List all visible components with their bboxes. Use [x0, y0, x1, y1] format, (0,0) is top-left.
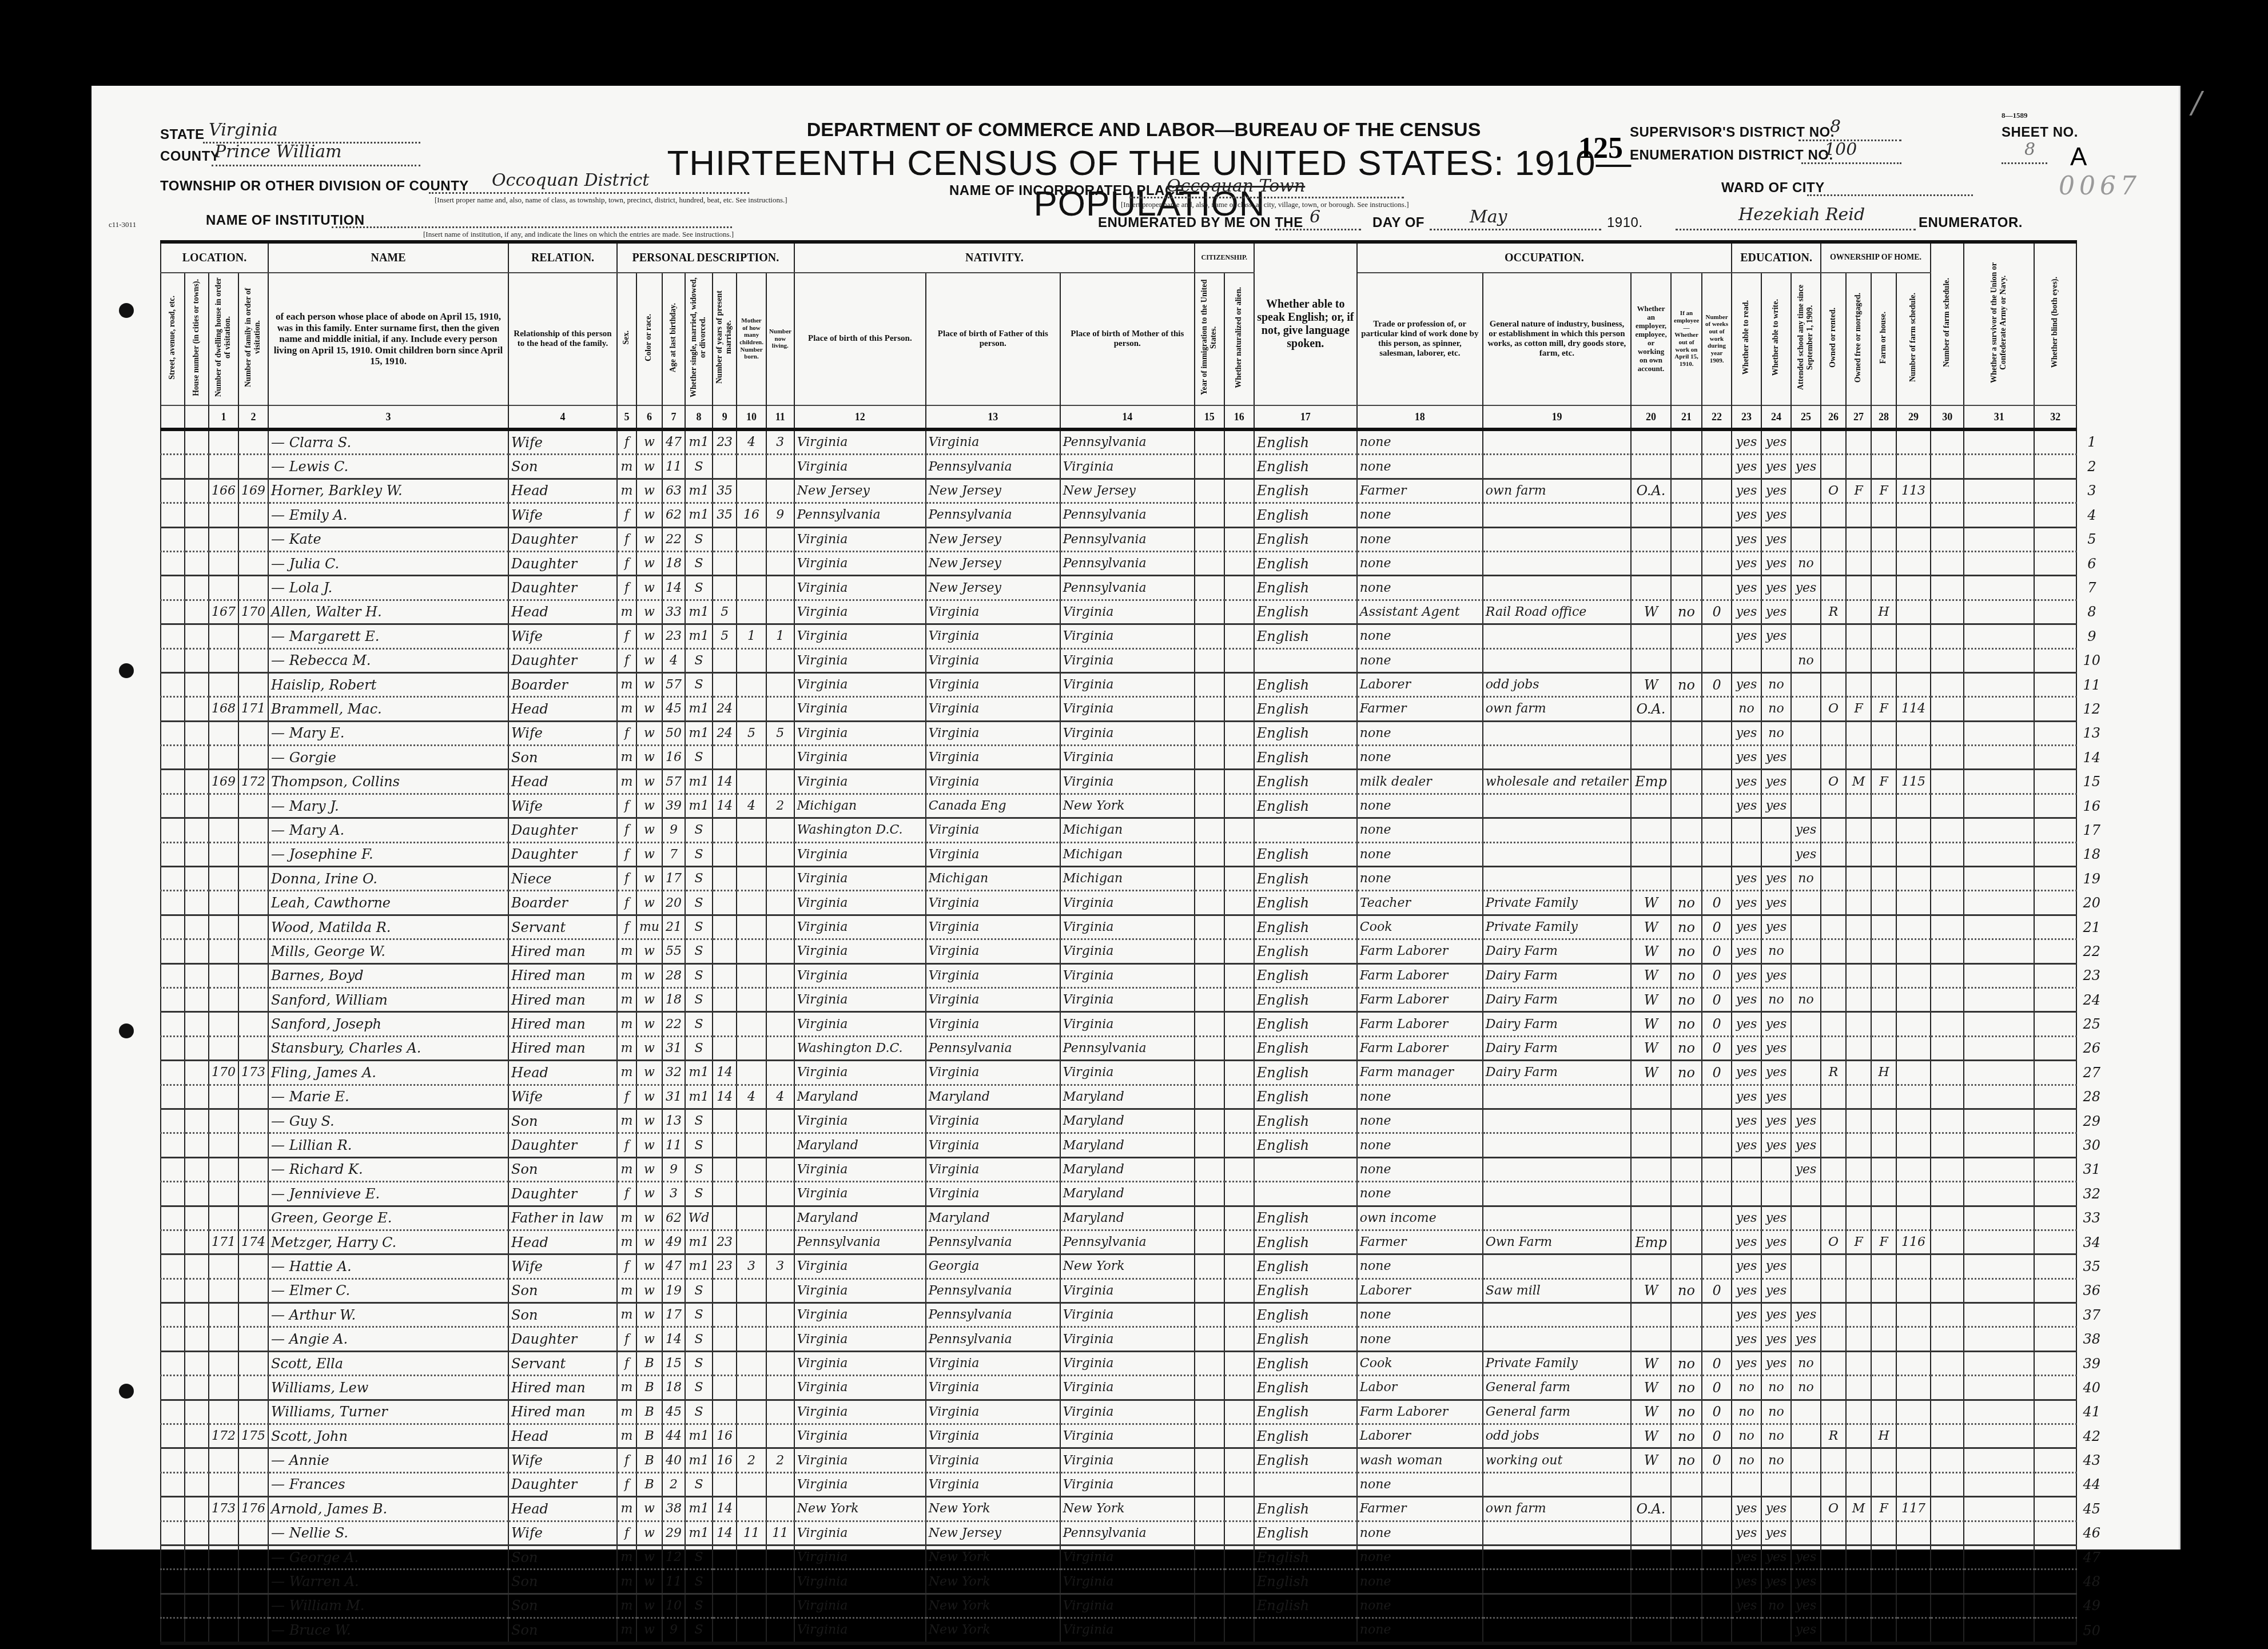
eng-cell: English	[1254, 915, 1357, 939]
emp-cell	[1631, 746, 1671, 770]
table-row: — Julia C.Daughterfw18SVirginiaNew Jerse…	[161, 551, 2106, 575]
birthplace-cell: Virginia	[794, 1351, 926, 1375]
relation-cell: Boarder	[508, 672, 617, 696]
yoi-cell	[1195, 672, 1224, 696]
house-cell	[185, 1472, 209, 1496]
wks-cell: 0	[1702, 1278, 1732, 1303]
deaf-cell	[2034, 818, 2076, 842]
race-cell: w	[636, 1521, 662, 1545]
person-name-cell: — Emily A.	[268, 503, 508, 527]
line-number-cell: 31	[2076, 1157, 2106, 1181]
house-cell	[185, 624, 209, 648]
col-number: 30	[1931, 405, 1964, 429]
sched-cell: 113	[1896, 479, 1931, 503]
sex-cell: f	[617, 1182, 636, 1206]
industry-cell	[1483, 551, 1631, 575]
vet-cell	[1931, 818, 1964, 842]
born-cell: 3	[737, 1254, 766, 1278]
supervisor-district: 8	[1830, 117, 1841, 137]
dw-cell	[209, 1278, 238, 1303]
sch-cell	[1791, 527, 1821, 551]
yrs-cell: 23	[713, 1230, 737, 1254]
table-row: Wood, Matilda R.Servantfmu21SVirginiaVir…	[161, 915, 2106, 939]
ms-cell: S	[685, 1376, 713, 1400]
farm-cell	[1871, 1400, 1896, 1424]
father-birthplace-cell: New York	[926, 1570, 1060, 1594]
yrs-cell: 24	[713, 721, 737, 745]
house-cell	[185, 1109, 209, 1133]
industry-cell	[1483, 1618, 1631, 1643]
sex-cell: m	[617, 1061, 636, 1085]
table-row: — Richard K.Sonmw9SVirginiaVirginiaMaryl…	[161, 1157, 2106, 1181]
write-cell: yes	[1761, 1570, 1791, 1594]
dw-cell	[209, 624, 238, 648]
dw-cell	[209, 576, 238, 600]
col-10-header: Mother of how many children. Number born…	[737, 273, 766, 405]
relation-cell: Wife	[508, 624, 617, 648]
wks-cell	[1702, 479, 1732, 503]
industry-cell	[1483, 1085, 1631, 1109]
vet-cell	[1931, 1036, 1964, 1060]
blind-cell	[1964, 867, 2034, 891]
vet-cell	[1931, 915, 1964, 939]
own-cell: O	[1821, 770, 1846, 794]
oow-cell: no	[1671, 987, 1702, 1011]
table-row: Stansbury, Charles A.Hired manmw31SWashi…	[161, 1036, 2106, 1060]
father-birthplace-cell: Virginia	[926, 600, 1060, 624]
col-15-header: Year of immigration to the United States…	[1200, 274, 1219, 400]
table-row: Scott, EllaServantfB15SVirginiaVirginiaV…	[161, 1351, 2106, 1375]
occupation-cell: own income	[1357, 1206, 1483, 1230]
occupation-cell: none	[1357, 1327, 1483, 1351]
relation-cell: Son	[508, 1278, 617, 1303]
born-cell	[737, 1061, 766, 1085]
age-cell: 4	[662, 648, 685, 672]
fam-cell	[238, 672, 268, 696]
vet-cell	[1931, 842, 1964, 866]
oow-cell	[1671, 794, 1702, 818]
eng-cell: English	[1254, 455, 1357, 479]
wks-cell: 0	[1702, 1424, 1732, 1448]
farm-cell	[1871, 527, 1896, 551]
nat-cell	[1224, 429, 1254, 455]
occupation-cell: Farm Laborer	[1357, 1012, 1483, 1036]
sex-cell: m	[617, 1012, 636, 1036]
occupation-cell: none	[1357, 455, 1483, 479]
fam-cell	[238, 963, 268, 987]
write-cell: yes	[1761, 429, 1791, 455]
fam-cell	[238, 576, 268, 600]
mother-birthplace-cell: Virginia	[1060, 1012, 1195, 1036]
oow-cell	[1671, 1472, 1702, 1496]
living-cell: 2	[766, 1448, 794, 1472]
col-number: 1	[209, 405, 238, 429]
yrs-cell: 5	[713, 624, 737, 648]
father-birthplace-cell: New York	[926, 1594, 1060, 1618]
township-value: Occoquan District	[492, 170, 649, 190]
eng-cell: English	[1254, 1061, 1357, 1085]
relation-cell: Son	[508, 1303, 617, 1327]
table-row: — Lillian R.Daughterfw11SMarylandVirgini…	[161, 1133, 2106, 1157]
eng-cell: English	[1254, 1133, 1357, 1157]
father-birthplace-cell: New York	[926, 1618, 1060, 1643]
nat-cell	[1224, 1254, 1254, 1278]
eng-cell: English	[1254, 600, 1357, 624]
born-cell	[737, 551, 766, 575]
mother-birthplace-cell: Maryland	[1060, 1182, 1195, 1206]
ms-cell: S	[685, 551, 713, 575]
yoi-cell	[1195, 818, 1224, 842]
mother-birthplace-cell: Virginia	[1060, 1376, 1195, 1400]
wks-cell: 0	[1702, 1376, 1732, 1400]
sched-cell	[1896, 1594, 1931, 1618]
born-cell: 4	[737, 794, 766, 818]
eng-cell: English	[1254, 1327, 1357, 1351]
industry-cell: Dairy Farm	[1483, 1036, 1631, 1060]
born-cell	[737, 987, 766, 1011]
person-name-cell: — Hattie A.	[268, 1254, 508, 1278]
eng-cell: English	[1254, 576, 1357, 600]
deaf-cell	[2034, 1521, 2076, 1545]
sched-cell	[1896, 915, 1931, 939]
birthplace-cell: Virginia	[794, 576, 926, 600]
read-cell: yes	[1732, 1521, 1761, 1545]
street-cell	[161, 1376, 185, 1400]
eng-cell: English	[1254, 721, 1357, 745]
read-cell	[1732, 648, 1761, 672]
occupation-cell: milk dealer	[1357, 770, 1483, 794]
sch-cell	[1791, 963, 1821, 987]
dw-cell: 170	[209, 1061, 238, 1085]
own-cell	[1821, 1472, 1846, 1496]
age-cell: 18	[662, 1376, 685, 1400]
deaf-cell	[2034, 429, 2076, 455]
census-table: LOCATION. NAME RELATION. PERSONAL DESCRI…	[160, 240, 2106, 1645]
nat-cell	[1224, 1085, 1254, 1109]
emp-cell: W	[1631, 600, 1671, 624]
township-label: TOWNSHIP OR OTHER DIVISION OF COUNTY	[160, 178, 469, 194]
occupation-cell: Farmer	[1357, 1497, 1483, 1521]
occupation-cell: none	[1357, 867, 1483, 891]
write-cell: yes	[1761, 1036, 1791, 1060]
sch-cell	[1791, 624, 1821, 648]
age-cell: 40	[662, 1448, 685, 1472]
father-birthplace-cell: Georgia	[926, 1254, 1060, 1278]
line-number-cell: 37	[2076, 1303, 2106, 1327]
sheet-side: A	[2070, 143, 2087, 172]
race-cell: w	[636, 1182, 662, 1206]
yrs-cell	[713, 891, 737, 915]
nat-cell	[1224, 915, 1254, 939]
house-cell	[185, 1230, 209, 1254]
col-number: 16	[1224, 405, 1254, 429]
father-birthplace-cell: Virginia	[926, 1109, 1060, 1133]
fam-cell	[238, 1206, 268, 1230]
emp-cell	[1631, 842, 1671, 866]
fam-cell	[238, 1618, 268, 1643]
wks-cell	[1702, 1618, 1732, 1643]
yoi-cell	[1195, 429, 1224, 455]
fam-cell	[238, 1278, 268, 1303]
mother-birthplace-cell: Virginia	[1060, 721, 1195, 745]
father-birthplace-cell: New Jersey	[926, 551, 1060, 575]
sex-cell: m	[617, 1570, 636, 1594]
sch-cell	[1791, 1521, 1821, 1545]
born-cell	[737, 455, 766, 479]
sex-cell: m	[617, 455, 636, 479]
own-cell	[1821, 1594, 1846, 1618]
emp-cell	[1631, 1254, 1671, 1278]
birthplace-cell: New Jersey	[794, 479, 926, 503]
relation-cell: Hired man	[508, 1012, 617, 1036]
street-cell	[161, 1133, 185, 1157]
ms-cell: S	[685, 455, 713, 479]
street-cell	[161, 1472, 185, 1496]
sch-cell: yes	[1791, 1570, 1821, 1594]
age-cell: 7	[662, 842, 685, 866]
birthplace-cell: Virginia	[794, 1157, 926, 1181]
section-personal: PERSONAL DESCRIPTION.	[617, 242, 794, 273]
write-cell: no	[1761, 721, 1791, 745]
own-cell: R	[1821, 1061, 1846, 1085]
race-cell: w	[636, 624, 662, 648]
birthplace-cell: Washington D.C.	[794, 1036, 926, 1060]
wks-cell	[1702, 1570, 1732, 1594]
yrs-cell	[713, 1545, 737, 1569]
sch-cell: yes	[1791, 842, 1821, 866]
oow-cell: no	[1671, 1061, 1702, 1085]
sex-cell: m	[617, 1594, 636, 1618]
deaf-cell	[2034, 1109, 2076, 1133]
person-name-cell: Scott, John	[268, 1424, 508, 1448]
emp-cell	[1631, 1327, 1671, 1351]
fam-cell	[238, 1400, 268, 1424]
fam-cell	[238, 1109, 268, 1133]
free-cell	[1846, 1545, 1871, 1569]
relation-cell: Daughter	[508, 1133, 617, 1157]
col-number: 27	[1846, 405, 1871, 429]
line-number-cell: 28	[2076, 1085, 2106, 1109]
industry-cell	[1483, 867, 1631, 891]
race-cell: w	[636, 770, 662, 794]
yoi-cell	[1195, 527, 1224, 551]
nat-cell	[1224, 721, 1254, 745]
vet-cell	[1931, 576, 1964, 600]
vet-cell	[1931, 1254, 1964, 1278]
race-cell: B	[636, 1448, 662, 1472]
yrs-cell	[713, 1472, 737, 1496]
sched-cell	[1896, 527, 1931, 551]
section-location: LOCATION.	[161, 242, 268, 273]
industry-cell	[1483, 503, 1631, 527]
born-cell	[737, 842, 766, 866]
father-birthplace-cell: Virginia	[926, 1376, 1060, 1400]
ms-cell: S	[685, 1327, 713, 1351]
nat-cell	[1224, 1303, 1254, 1327]
deaf-cell	[2034, 697, 2076, 721]
own-cell	[1821, 1618, 1846, 1643]
occupation-cell: Farm Laborer	[1357, 939, 1483, 963]
house-cell	[185, 648, 209, 672]
occupation-cell: wash woman	[1357, 1448, 1483, 1472]
read-cell: yes	[1732, 746, 1761, 770]
mother-birthplace-cell: Pennsylvania	[1060, 429, 1195, 455]
free-cell	[1846, 1472, 1871, 1496]
industry-cell: own farm	[1483, 479, 1631, 503]
ms-cell: S	[685, 1182, 713, 1206]
house-cell	[185, 867, 209, 891]
house-cell	[185, 1327, 209, 1351]
yrs-cell: 14	[713, 1497, 737, 1521]
blind-cell	[1964, 721, 2034, 745]
eng-cell: English	[1254, 672, 1357, 696]
street-cell	[161, 1278, 185, 1303]
street-cell	[161, 891, 185, 915]
house-cell	[185, 503, 209, 527]
sex-cell: f	[617, 1085, 636, 1109]
person-name-cell: Stansbury, Charles A.	[268, 1036, 508, 1060]
person-name-cell: Scott, Ella	[268, 1351, 508, 1375]
form-number: 8—1589	[2002, 111, 2028, 120]
own-cell	[1821, 1545, 1846, 1569]
line-number-cell: 30	[2076, 1133, 2106, 1157]
deaf-cell	[2034, 527, 2076, 551]
born-cell	[737, 1376, 766, 1400]
age-cell: 14	[662, 1327, 685, 1351]
yrs-cell	[713, 1036, 737, 1060]
wks-cell: 0	[1702, 1061, 1732, 1085]
wks-cell: 0	[1702, 939, 1732, 963]
race-cell: w	[636, 818, 662, 842]
mother-birthplace-cell: Virginia	[1060, 1303, 1195, 1327]
yrs-cell	[713, 1278, 737, 1303]
yrs-cell	[713, 1327, 737, 1351]
born-cell	[737, 1400, 766, 1424]
birthplace-cell: Virginia	[794, 672, 926, 696]
write-cell: yes	[1761, 963, 1791, 987]
blind-cell	[1964, 1351, 2034, 1375]
relation-cell: Wife	[508, 1448, 617, 1472]
sched-cell	[1896, 1351, 1931, 1375]
blind-cell	[1964, 1400, 2034, 1424]
industry-cell: Dairy Farm	[1483, 963, 1631, 987]
street-cell	[161, 1497, 185, 1521]
industry-cell	[1483, 842, 1631, 866]
deaf-cell	[2034, 939, 2076, 963]
father-birthplace-cell: Virginia	[926, 1182, 1060, 1206]
born-cell	[737, 1472, 766, 1496]
mother-birthplace-cell: Virginia	[1060, 1618, 1195, 1643]
relation-cell: Son	[508, 1618, 617, 1643]
blind-cell	[1964, 1376, 2034, 1400]
write-cell: yes	[1761, 1012, 1791, 1036]
house-cell	[185, 527, 209, 551]
living-cell	[766, 1497, 794, 1521]
relation-cell: Servant	[508, 1351, 617, 1375]
occupation-cell: Laborer	[1357, 1278, 1483, 1303]
enumerator-label: ENUMERATOR.	[1919, 215, 2023, 231]
person-name-cell: — Mary E.	[268, 721, 508, 745]
race-cell: B	[636, 1351, 662, 1375]
institution-note: [Insert name of institution, if any, and…	[423, 230, 734, 239]
col-number	[185, 405, 209, 429]
wks-cell	[1702, 746, 1732, 770]
industry-cell: Private Family	[1483, 915, 1631, 939]
farm-cell	[1871, 1182, 1896, 1206]
fam-cell	[238, 1182, 268, 1206]
born-cell	[737, 1012, 766, 1036]
sched-cell	[1896, 842, 1931, 866]
yoi-cell	[1195, 794, 1224, 818]
fam-cell: 171	[238, 697, 268, 721]
col-number: 31	[1964, 405, 2034, 429]
table-row: 166169Horner, Barkley W.Headmw63m135New …	[161, 479, 2106, 503]
living-cell	[766, 1618, 794, 1643]
ms-cell: S	[685, 746, 713, 770]
yoi-cell	[1195, 1182, 1224, 1206]
race-cell: w	[636, 527, 662, 551]
vet-cell	[1931, 794, 1964, 818]
age-cell: 11	[662, 455, 685, 479]
blind-cell	[1964, 842, 2034, 866]
free-cell	[1846, 429, 1871, 455]
blind-cell	[1964, 939, 2034, 963]
eng-cell: English	[1254, 1570, 1357, 1594]
street-cell	[161, 842, 185, 866]
sched-cell	[1896, 1206, 1931, 1230]
dw-cell	[209, 987, 238, 1011]
free-cell	[1846, 1157, 1871, 1181]
oow-cell: no	[1671, 672, 1702, 696]
fam-cell	[238, 842, 268, 866]
ms-cell: S	[685, 672, 713, 696]
birthplace-cell: Maryland	[794, 1206, 926, 1230]
industry-cell	[1483, 1133, 1631, 1157]
yrs-cell	[713, 1570, 737, 1594]
line-number-cell: 26	[2076, 1036, 2106, 1060]
vet-cell	[1931, 1109, 1964, 1133]
age-cell: 23	[662, 624, 685, 648]
born-cell	[737, 1351, 766, 1375]
wks-cell	[1702, 697, 1732, 721]
occupation-cell: none	[1357, 1545, 1483, 1569]
birthplace-cell: Virginia	[794, 455, 926, 479]
eng-cell: English	[1254, 1448, 1357, 1472]
read-cell: yes	[1732, 1278, 1761, 1303]
eng-cell	[1254, 818, 1357, 842]
blind-cell	[1964, 1012, 2034, 1036]
relation-cell: Hired man	[508, 987, 617, 1011]
col-number: 18	[1357, 405, 1483, 429]
eng-cell: English	[1254, 697, 1357, 721]
father-birthplace-cell: Virginia	[926, 1424, 1060, 1448]
sex-cell: m	[617, 1278, 636, 1303]
yrs-cell: 23	[713, 1254, 737, 1278]
birthplace-cell: Michigan	[794, 794, 926, 818]
age-cell: 57	[662, 770, 685, 794]
person-name-cell: Sanford, William	[268, 987, 508, 1011]
sched-cell	[1896, 429, 1931, 455]
vet-cell	[1931, 867, 1964, 891]
oow-cell	[1671, 1327, 1702, 1351]
yoi-cell	[1195, 770, 1224, 794]
age-cell: 29	[662, 1521, 685, 1545]
eng-cell: English	[1254, 1012, 1357, 1036]
read-cell: yes	[1732, 527, 1761, 551]
nat-cell	[1224, 1327, 1254, 1351]
sex-cell: m	[617, 697, 636, 721]
sex-cell: f	[617, 1133, 636, 1157]
